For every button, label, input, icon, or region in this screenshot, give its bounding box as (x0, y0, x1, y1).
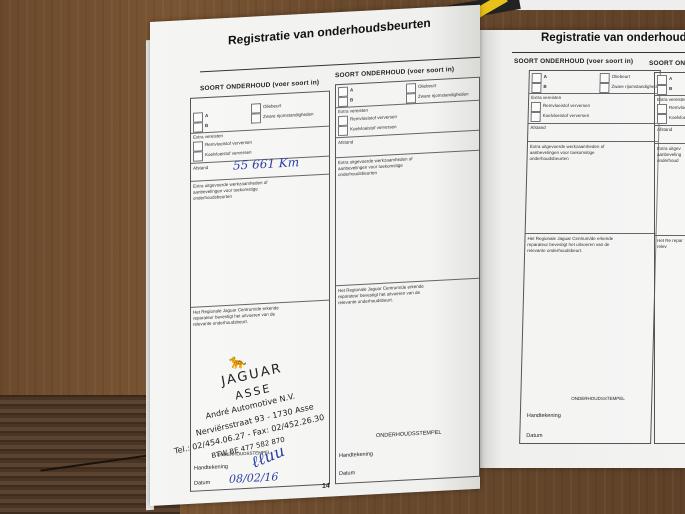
distance-label: Afstand (193, 165, 208, 172)
extra-requirements-label: Extra vereisten (531, 95, 561, 101)
section-label: SOORT ONDERHOUD (voer soort in) (514, 58, 633, 65)
stamp-label: ONDERHOUDSSTEMPEL (376, 430, 441, 439)
divider (655, 143, 685, 144)
distance-label: Afstand (530, 125, 545, 131)
heavy-conditions-label: Zware rijomstandigheden (418, 91, 469, 100)
right-page: Registratie van onderhoudsbeurten SOORT … (477, 30, 685, 468)
brake-fluid-label: Remvloeistof verversen (543, 103, 590, 109)
section-label: SOORT ONDERHOUD (voer soort in) (200, 79, 319, 92)
extra-requirements-label: Extra vereisten (338, 108, 368, 116)
signature-label: Handtekening (339, 451, 373, 459)
checkbox-a[interactable] (657, 75, 667, 85)
extra-work-label: Extra uitgev aanbeveling onderhoud (657, 146, 685, 164)
distance-label: Afstand (657, 127, 672, 133)
brake-fluid-label: Remvloeistof verversen (205, 140, 252, 148)
divider (526, 233, 656, 234)
checkbox-brake-fluid[interactable] (531, 102, 541, 112)
date-value-handwritten: 08/02/16 (229, 470, 278, 486)
divider (191, 126, 329, 134)
oil-service-label: Oliebeurt (263, 103, 281, 110)
background-paper (500, 0, 685, 10)
checkbox-b[interactable] (338, 97, 348, 108)
brake-fluid-label: Remvloeistof verversen (350, 114, 397, 122)
date-label: Datum (194, 480, 210, 487)
extra-requirements-label: Extra vereisten (193, 133, 223, 141)
service-entry-form: A B Oliebeurt Zware rijomstandigheden Ex… (519, 70, 661, 444)
checkbox-a[interactable] (193, 112, 203, 123)
checkbox-b[interactable] (657, 85, 667, 95)
oil-service-label: Oliebeurt (612, 74, 630, 80)
divider (528, 141, 658, 142)
confirmation-text: Het Regionale Jaguar Centrum/de erkende … (338, 283, 438, 306)
title-rule (512, 52, 685, 53)
checkbox-coolant[interactable] (338, 126, 348, 137)
checkbox-brake-fluid[interactable] (338, 116, 348, 127)
left-page: Registratie van onderhoudsbeurten SOORT … (150, 5, 480, 506)
checkbox-brake-fluid[interactable] (193, 141, 203, 152)
coolant-label: Koelvloeistof verversen (350, 124, 397, 132)
divider (655, 95, 685, 96)
type-b-label: B (669, 86, 672, 92)
divider (528, 123, 658, 124)
divider (655, 125, 685, 126)
checkbox-b[interactable] (531, 83, 541, 93)
confirmation-text: Het Re repar relev (657, 238, 685, 250)
checkbox-oil-service[interactable] (406, 83, 416, 94)
section-label: SOORT ONDERHOUD (voer soort in) (335, 66, 454, 79)
extra-work-label: Extra uitgevoerde werkzaamheden of aanbe… (338, 155, 428, 178)
confirmation-text: Het Regionale Jaguar Centrum/de erkende … (193, 305, 288, 328)
type-b-label: B (350, 97, 353, 103)
distance-value-handwritten: 55 661 Km (233, 155, 299, 172)
type-b-label: B (543, 84, 546, 90)
service-entry-form-filled: A B Oliebeurt Zware rijomstandigheden Ex… (190, 91, 330, 492)
service-entry-form-partial: A B Extra vereisten Remvloe Koelvloe Afs… (654, 72, 685, 444)
type-a-label: A (350, 87, 353, 93)
checkbox-coolant[interactable] (193, 151, 203, 162)
checkbox-a[interactable] (532, 73, 542, 83)
checkbox-a[interactable] (338, 87, 348, 98)
type-a-label: A (205, 113, 208, 119)
left-page-title: Registratie van onderhoudsbeurten (228, 16, 431, 48)
type-a-label: A (669, 76, 672, 82)
type-b-label: B (205, 123, 208, 129)
checkbox-b[interactable] (193, 122, 203, 133)
checkbox-oil-service[interactable] (251, 103, 261, 114)
coolant-label: Koelvloeistof verversen (205, 150, 252, 158)
divider (529, 93, 659, 94)
date-label: Datum (339, 470, 355, 477)
distance-label: Afstand (338, 139, 353, 146)
signature-label: Handtekening (527, 413, 561, 419)
checkbox-coolant[interactable] (531, 112, 541, 122)
type-a-label: A (544, 74, 547, 80)
checkbox-heavy-conditions[interactable] (251, 113, 261, 124)
heavy-conditions-label: Zware rijomstandigheden (263, 111, 314, 120)
right-page-title: Registratie van onderhoudsbeurten (541, 32, 685, 44)
checkbox-brake-fluid[interactable] (657, 104, 667, 114)
checkbox-heavy-conditions[interactable] (406, 93, 416, 104)
confirmation-text: Het Regionale Jaguar Centrum/de erkende … (527, 236, 617, 254)
divider (655, 235, 685, 236)
signature-label: Handtekening (194, 464, 228, 472)
extra-work-label: Extra uitgevoerde werkzaamheden of aanbe… (193, 179, 278, 201)
service-entry-form-empty: A B Oliebeurt Zware rijomstandigheden Ex… (335, 77, 480, 485)
section-label: SOORT ONDER (649, 60, 685, 67)
page-number: 14 (322, 483, 330, 490)
extra-work-label: Extra uitgevoerde werkzaamheden of aanbe… (529, 144, 609, 162)
checkbox-coolant[interactable] (657, 114, 667, 124)
coolant-label: Koelvloeistof verversen (543, 113, 590, 119)
date-label: Datum (526, 433, 542, 439)
brake-fluid-label: Remvloe (669, 105, 685, 111)
oil-service-label: Oliebeurt (418, 83, 436, 90)
checkbox-oil-service[interactable] (600, 73, 610, 83)
stamp-label: ONDERHOUDSSTEMPEL (571, 396, 625, 401)
extra-requirements-label: Extra vereisten (657, 97, 685, 103)
coolant-label: Koelvloe (669, 115, 685, 121)
checkbox-heavy-conditions[interactable] (599, 83, 609, 93)
